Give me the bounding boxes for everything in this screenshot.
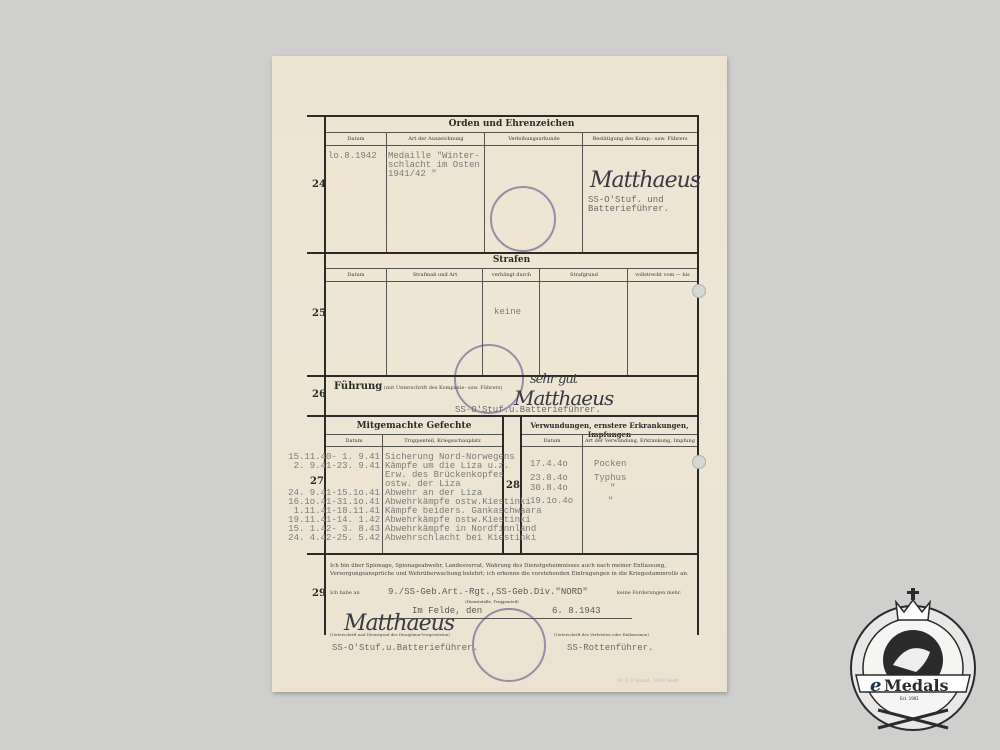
emedals-badge-icon xyxy=(838,580,988,740)
section27-title: Mitgemachte Gefechte xyxy=(326,421,502,431)
divider xyxy=(326,268,697,269)
section28-number: 28 xyxy=(506,480,520,491)
section-divider xyxy=(307,553,697,555)
section28-title: Verwundungen, ernstere Erkrankungen, Imp… xyxy=(522,421,697,439)
section25-title: Strafen xyxy=(326,255,697,265)
medical-type: Typhus xyxy=(594,474,626,483)
s24-date: lo.8.1942 xyxy=(328,152,377,161)
s28-col-art: Art der Verwundung, Erkrankung, Impfung xyxy=(583,438,697,444)
punch-hole xyxy=(692,284,706,298)
s24-col-art: Art der Auszeichnung xyxy=(387,136,485,142)
section25-number: 25 xyxy=(312,308,326,319)
s29-unit-caption: (Dienststelle, Truppenteil) xyxy=(442,599,542,604)
section26-title: Führung xyxy=(334,381,382,392)
divider xyxy=(326,434,502,435)
medical-date: 19.1o.4o xyxy=(530,497,573,506)
col-divider xyxy=(386,268,387,375)
s29-left-caption: (Unterschrift und Dienstgrad des Diszipl… xyxy=(330,632,450,637)
s29-left-rank: SS-O'Stuf.u.Batterieführer. xyxy=(332,644,478,653)
battle-date: 2. 9.41-23. 9.41 xyxy=(270,462,380,471)
medical-type: " xyxy=(610,484,615,493)
logo-e: e xyxy=(870,675,881,696)
divider xyxy=(522,434,697,435)
s25-col-datum: Datum xyxy=(326,272,386,278)
divider xyxy=(326,446,502,447)
emedals-logo: e Medals Est. 1981 xyxy=(838,580,988,740)
s25-imposed-by: keine xyxy=(494,308,521,317)
s25-col-strafmass: Strafmaß und Art xyxy=(387,272,483,278)
s26-rank: SS-O'Stuf.u.Batterieführer. xyxy=(455,406,601,415)
s27-col-datum: Datum xyxy=(326,438,382,444)
s29-unit: 9./SS-Geb.Art.-Rgt.,SS-Geb.Div."NORD" xyxy=(388,588,588,597)
s27-col-truppenteil: Truppenteil, Kriegsschauplatz xyxy=(383,438,502,444)
battle-date: 24. 4.42-25. 5.42 xyxy=(270,534,380,543)
s24-award: Medaille "Winter- schlacht im Osten 1941… xyxy=(388,152,480,179)
s24-signature: Matthaeus xyxy=(590,168,700,193)
s24-col-datum: Datum xyxy=(326,136,386,142)
col-divider xyxy=(582,132,583,252)
frame-right xyxy=(697,115,699,635)
medical-date: 23.8.4o xyxy=(530,474,568,483)
col-divider xyxy=(386,132,387,252)
s25-col-strafgrund: Strafgrund xyxy=(540,272,628,278)
col-divider xyxy=(484,132,485,252)
document-page: Orden und Ehrenzeichen Datum Art der Aus… xyxy=(272,56,727,692)
s24-col-urkunde: Verleihungsurkunde xyxy=(485,136,583,142)
frame-top xyxy=(307,115,697,117)
logo-brand: Medals xyxy=(884,676,949,695)
divider xyxy=(522,446,697,447)
section26-subtitle: (mit Unterschrift des Kompanie- usw. Füh… xyxy=(384,385,502,391)
section26-number: 26 xyxy=(312,389,326,400)
section-divider xyxy=(307,252,697,254)
s29-right-rank: SS-Rottenführer. xyxy=(567,644,653,653)
col-divider xyxy=(382,434,383,553)
footer-print: III E 3 Stand: 1939 Heft xyxy=(617,678,678,684)
s29-suffix: keine Forderungen mehr. xyxy=(617,590,681,596)
section-divider xyxy=(307,375,697,377)
section29-declaration: Ich bin über Spionage, Spionageabwehr, L… xyxy=(330,562,692,578)
s29-right-caption: (Unterschrift des Verletzten oder Entlas… xyxy=(554,632,649,637)
s25-col-verhaengt: verhängt durch xyxy=(483,272,540,278)
section27-number: 27 xyxy=(310,476,324,487)
section24-title: Orden und Ehrenzeichen xyxy=(326,119,697,129)
divider xyxy=(326,145,697,146)
medical-date: 17.4.4o xyxy=(530,460,568,469)
medical-date: 30.8.4o xyxy=(530,484,568,493)
medical-type: Pocken xyxy=(594,460,626,469)
s28-col-datum: Datum xyxy=(522,438,582,444)
s26-conduct: sehr gut xyxy=(530,372,577,387)
col-divider xyxy=(539,268,540,375)
s24-rank: SS-O'Stuf. und Batterieführer. xyxy=(588,196,669,214)
col-divider xyxy=(627,268,628,375)
official-stamp xyxy=(490,186,556,252)
divider xyxy=(326,132,697,133)
official-stamp xyxy=(472,608,546,682)
s24-col-bestaetigung: Bestätigung des Komp.- usw. Führers xyxy=(583,136,697,142)
battle-event: Abwehrschlacht bei Kiestinki xyxy=(385,534,536,543)
col-divider xyxy=(582,434,583,553)
section29-number: 29 xyxy=(312,588,326,599)
medical-type: " xyxy=(608,497,613,506)
divider xyxy=(326,281,697,282)
section24-number: 24 xyxy=(312,179,326,190)
s29-prefix: Ich habe an xyxy=(330,590,360,596)
punch-hole xyxy=(692,455,706,469)
s29-date: 6. 8.1943 xyxy=(552,607,601,616)
logo-established: Est. 1981 xyxy=(900,696,919,701)
s25-col-vollstreckt: vollstreckt vom — bis xyxy=(628,272,697,278)
